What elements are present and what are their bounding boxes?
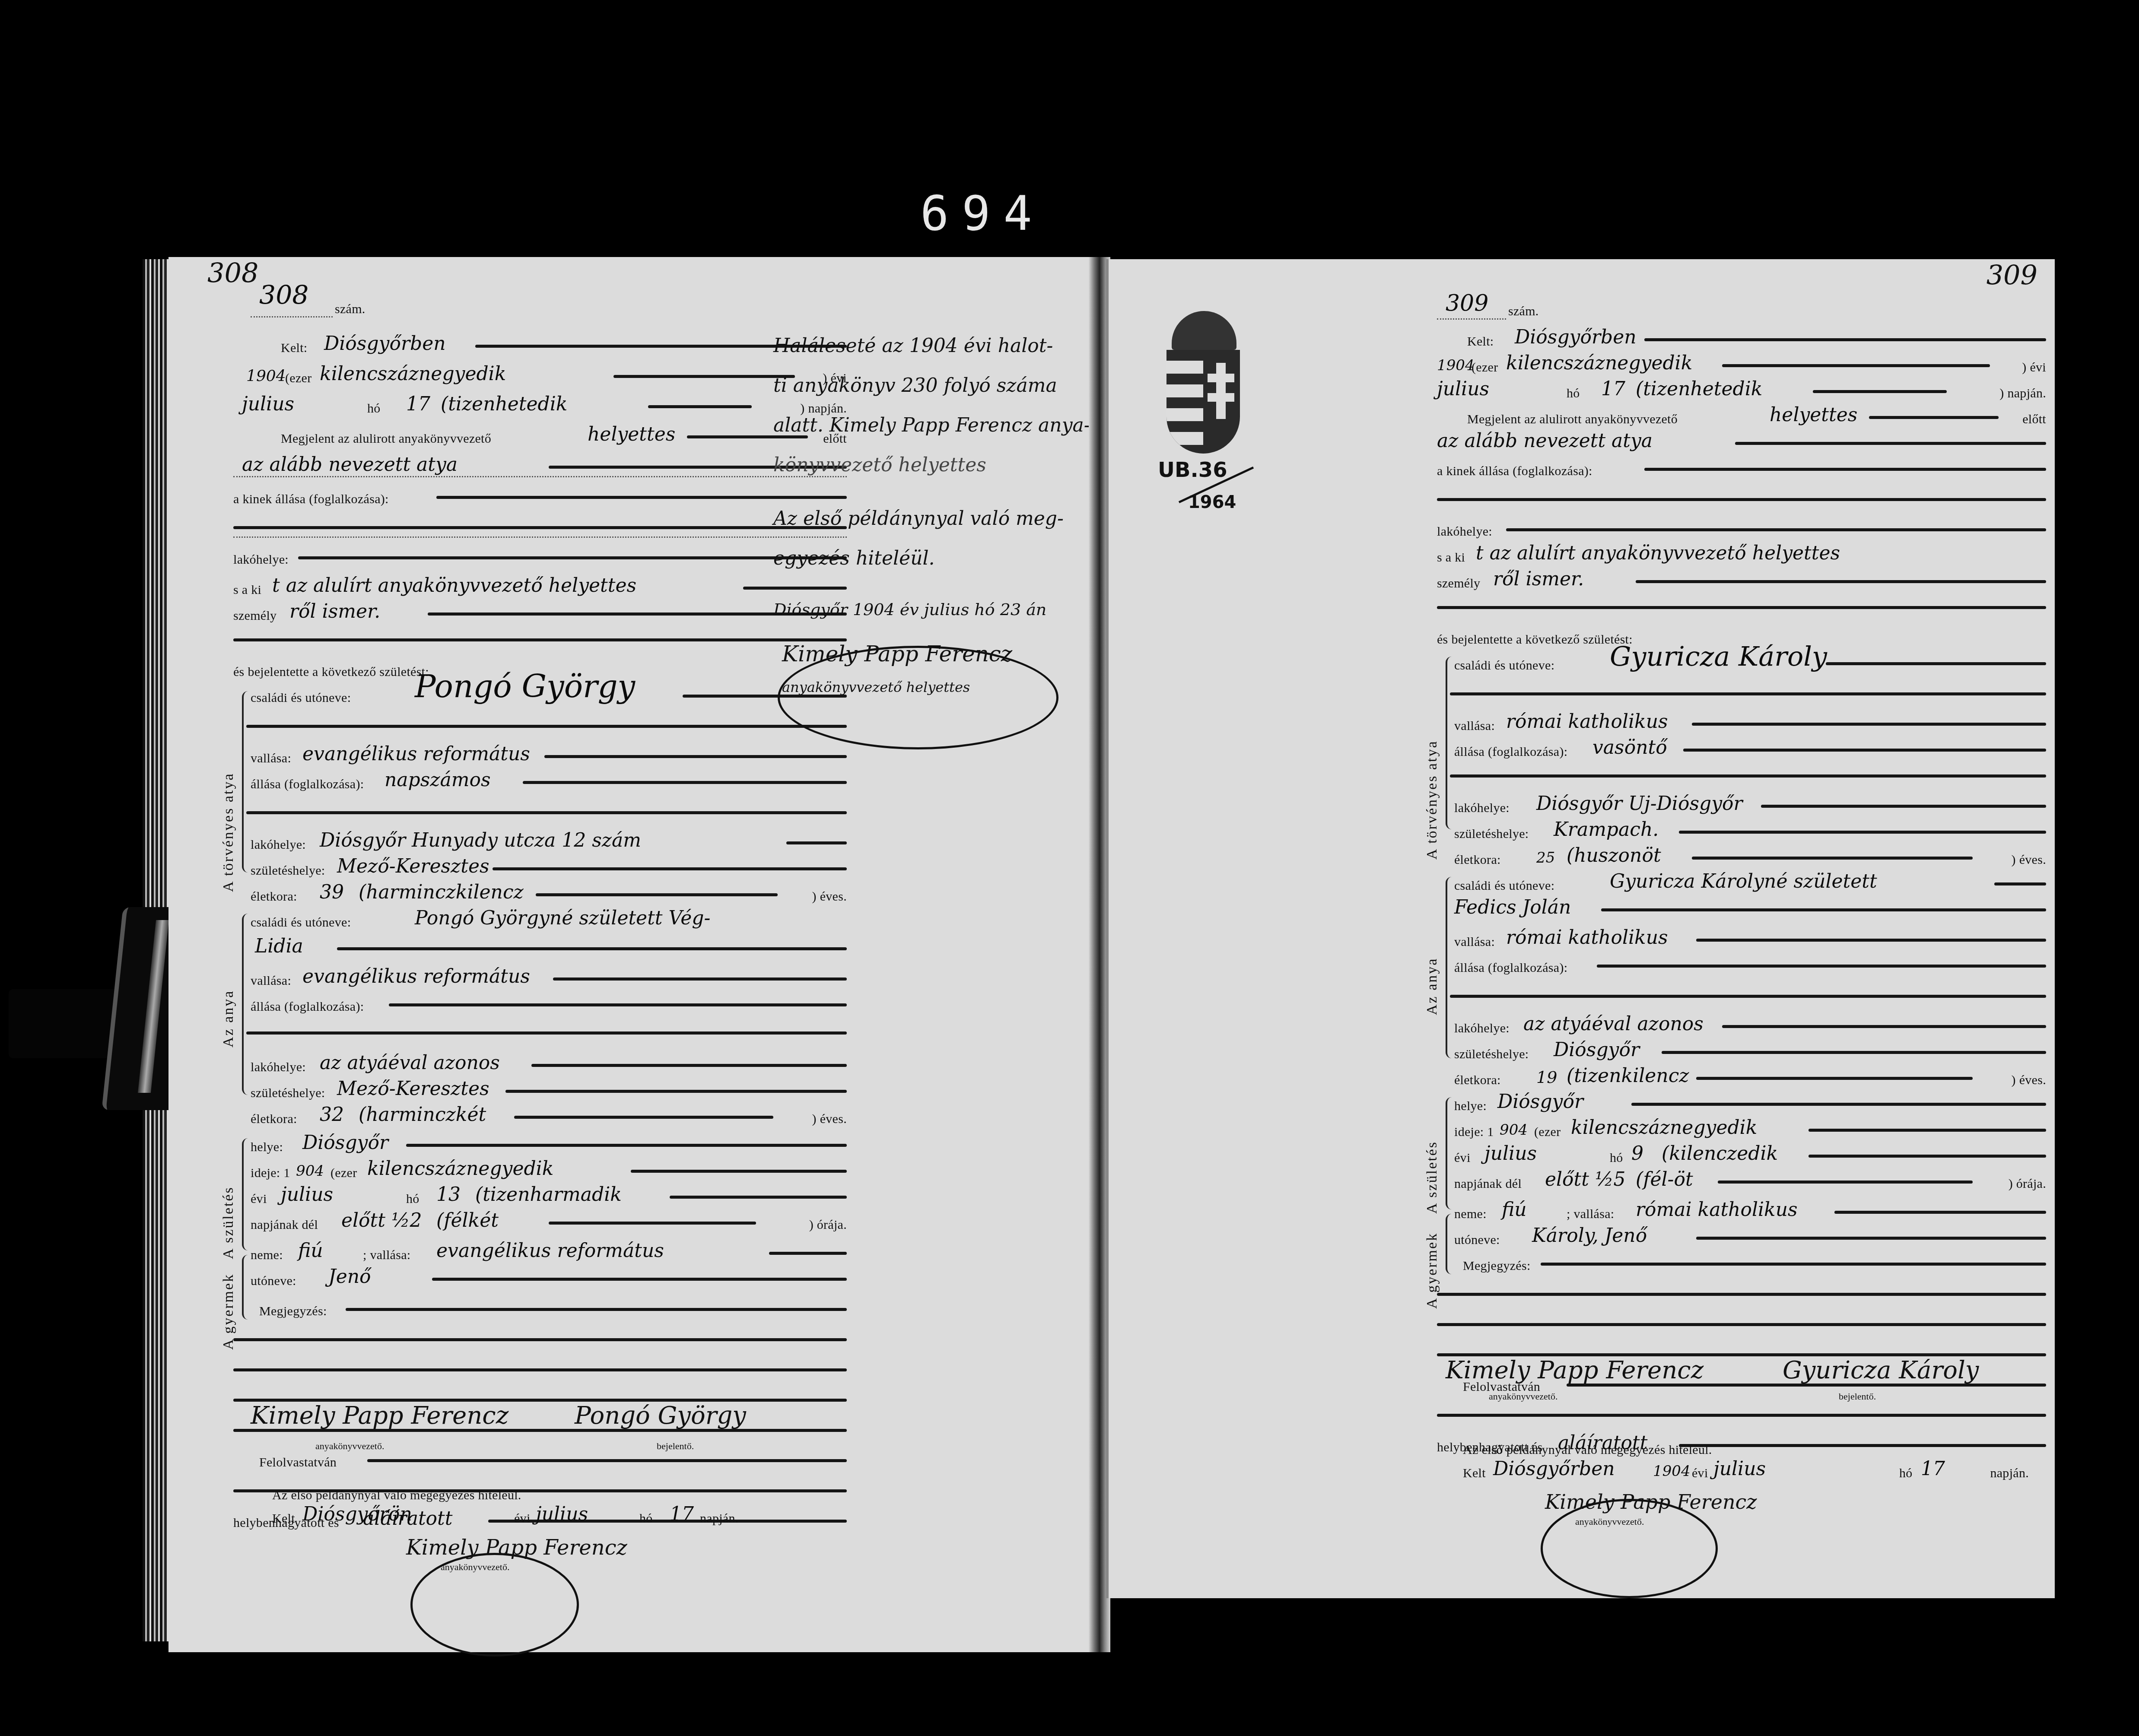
year-row: 1904 (ezer kilencszáznegyedik ) évi <box>1437 354 2046 380</box>
bejelentette-label: és bejelentette a következő születést: <box>1437 632 1633 647</box>
sakit-value: t az alulírt anyakönyvvezető helyettes <box>272 574 636 597</box>
mother-age-words: (harminczkét <box>359 1104 486 1126</box>
mother-religion: római katholikus <box>1506 927 1668 949</box>
mother-occupation-row: állása (foglalkozása): <box>1437 955 2046 981</box>
mother-age: 32 <box>320 1104 344 1126</box>
fill-rule <box>1644 468 2046 471</box>
szemely-value: ről ismer. <box>1493 568 1584 590</box>
kelt-row: Kelt: Diósgyőrben <box>233 335 847 361</box>
cert-month: julius <box>1713 1458 1766 1480</box>
fill-rule <box>1450 692 2046 695</box>
archive-ref-line2: 1964 <box>1188 492 1236 512</box>
kinek-allasa-row: a kinek állása (foglalkozása): <box>1437 458 2046 484</box>
szam-label: szám. <box>1508 304 1539 319</box>
fill-rule <box>233 1338 847 1341</box>
month-day-row: julius hó 17 (tizenhetedik ) napján. <box>233 395 847 421</box>
eves-label: ) éves. <box>812 889 847 904</box>
mother-birthplace-row: születéshelye: Mező-Keresztes <box>233 1080 847 1106</box>
fill-rule <box>769 1252 847 1255</box>
fill-rule <box>1826 662 2046 665</box>
napjanak-label: napjának dél <box>1454 1177 1522 1191</box>
blank-row <box>233 801 847 827</box>
mother-name-line1: Pongó Györgyné született Vég- <box>415 907 710 929</box>
mother-religion-label: vallása: <box>251 974 291 988</box>
fill-rule <box>246 725 847 728</box>
fill-rule <box>1437 606 2046 609</box>
father-age-row: életkora: 25 (huszonöt ) éves. <box>1437 847 2046 873</box>
birth-day: 13 <box>436 1184 461 1206</box>
ho-label: hó <box>406 1192 420 1206</box>
mother-name-line1: Gyuricza Károlyné született <box>1610 870 1877 892</box>
napjanak-label: napjának dél <box>251 1218 318 1232</box>
child-given-name-label: utóneve: <box>251 1274 296 1289</box>
mother-religion: evangélikus református <box>302 965 530 987</box>
mother-name-line2: Fedics Jolán <box>1454 896 1571 918</box>
fill-rule <box>1636 580 2046 583</box>
father-age-row: életkora: 39 (harminczkilencz ) éves. <box>233 883 847 909</box>
margin-seal-stamp <box>778 646 1058 749</box>
kelt-label: Kelt: <box>281 341 308 355</box>
szemely-value: ről ismer. <box>289 600 380 622</box>
birth-day: 9 <box>1631 1143 1643 1165</box>
birth-hour: előtt ½2 <box>341 1209 422 1231</box>
fill-rule <box>346 1308 847 1311</box>
fill-rule <box>1506 528 2046 531</box>
ho-label: hó <box>1610 1151 1623 1165</box>
ezer-label: (ezer <box>331 1166 357 1181</box>
fill-rule <box>1692 723 2046 726</box>
kinek-allasa-label: a kinek állása (foglalkozása): <box>233 492 389 507</box>
registrar-caption: anyakönyvvezető. <box>315 1441 384 1452</box>
microfilm-frame-number: 694 <box>920 186 1045 241</box>
fill-rule <box>1437 498 2046 501</box>
birth-time-label: ideje: 1 <box>251 1166 290 1181</box>
fill-rule <box>1696 1237 2046 1240</box>
mother-name-line2: Lidia <box>255 935 303 957</box>
year-words: kilencszáznegyedik <box>320 363 506 385</box>
father-residence-label: lakóhelye: <box>251 838 306 852</box>
fill-rule <box>1696 1077 1973 1080</box>
cert-ho-label: hó <box>1899 1466 1913 1481</box>
cert-evi-label: évi <box>514 1511 531 1526</box>
kelt-row: Kelt: Diósgyőrben <box>1437 328 2046 354</box>
cert-kelt-row: Kelt Diósgyőrben 1904 évi julius hó 17 n… <box>1463 1460 2029 1486</box>
child-given-name-row: utóneve: Jenő <box>233 1268 847 1294</box>
birth-month: julius <box>281 1184 333 1206</box>
fill-rule <box>1808 1129 2046 1132</box>
father-residence-row: lakóhelye: Diósgyőr Uj-Diósgyőr <box>1437 795 2046 821</box>
entry-number-row: 308 szám. <box>233 296 847 322</box>
margin-note-line: ti anyakönyv 230 folyó száma <box>773 366 1057 406</box>
ho-label: hó <box>367 401 381 416</box>
fill-rule <box>1834 1211 2046 1214</box>
fill-rule <box>1683 749 2046 752</box>
father-name: Gyuricza Károly <box>1610 641 1827 672</box>
dotted-line <box>251 316 333 317</box>
eves-label: ) éves. <box>812 1112 847 1127</box>
szemely-label: személy <box>1437 576 1480 591</box>
fill-rule <box>1869 416 1999 419</box>
fill-rule <box>1437 1353 2046 1356</box>
blank-row <box>1437 488 2046 514</box>
cert-day: 17 <box>1921 1458 1945 1480</box>
megjelent-value: helyettes <box>588 423 675 445</box>
birth-year-row: ideje: 1 904 (ezer kilencszáznegyedik <box>233 1160 847 1186</box>
birth-day-words: (tizenharmadik <box>475 1184 622 1206</box>
birth-year-digits: 904 <box>296 1162 324 1180</box>
informant-signature: Pongó György <box>575 1402 746 1430</box>
fill-rule <box>233 1399 847 1402</box>
fill-rule <box>514 1116 773 1119</box>
megjegyzes-label: Megjegyzés: <box>259 1304 327 1319</box>
birth-month-row: évi julius hó 13 (tizenharmadik <box>233 1186 847 1212</box>
mother-name-label: családi és utóneve: <box>1454 879 1554 893</box>
shield-icon <box>1166 350 1240 454</box>
birth-year-row: ideje: 1 904 (ezer kilencszáznegyedik <box>1437 1119 2046 1145</box>
father-age-label: életkora: <box>1454 853 1501 867</box>
registrar-signature: Kimely Papp Ferencz <box>1446 1356 1704 1384</box>
child-given-name: Jenő <box>328 1266 371 1288</box>
lakohelye-label: lakóhelye: <box>233 552 289 567</box>
margin-note-line: Az első példánynyal való meg- <box>773 499 1064 539</box>
entry-number: 309 <box>1446 290 1488 316</box>
appeared-person: az alább nevezett atya <box>1437 430 1653 452</box>
megjelent-row: Megjelent az alulirott anyakönyvvezető h… <box>1437 406 2046 432</box>
cert-kelt-row: Kelt Diósgyőrön évi julius hó 17 napján. <box>272 1505 929 1531</box>
fill-rule <box>670 1196 847 1199</box>
mother-occupation-label: állása (foglalkozása): <box>251 1000 364 1014</box>
birth-year-words: kilencszáznegyedik <box>1571 1117 1757 1139</box>
fill-rule <box>1541 1263 2046 1266</box>
birth-day-words: (kilenczedik <box>1662 1143 1778 1165</box>
kinek-allasa-label: a kinek állása (foglalkozása): <box>1437 464 1592 479</box>
year-words: kilencszáznegyedik <box>1506 352 1692 374</box>
father-birthplace: Mező-Keresztes <box>337 855 489 877</box>
birth-hour: előtt ½5 <box>1545 1168 1626 1190</box>
father-religion: római katholikus <box>1506 711 1668 733</box>
child-religion: római katholikus <box>1636 1199 1798 1221</box>
child-sex-label: neme: <box>1454 1207 1487 1222</box>
birth-place-label: helye: <box>1454 1099 1487 1114</box>
blank-row <box>1437 1404 2046 1430</box>
birth-month: julius <box>1484 1143 1537 1165</box>
archive-ref-line1: UB.36 <box>1158 458 1227 482</box>
month: julius <box>1437 378 1489 400</box>
child-sex-row: neme: fiú ; vallása: római katholikus <box>1437 1201 2046 1227</box>
mother-age-row: életkora: 19 (tizenkilencz ) éves. <box>1437 1067 2046 1093</box>
dotted-line <box>233 536 847 538</box>
ezer-label: (ezer <box>1472 360 1498 375</box>
fill-rule <box>549 1222 756 1225</box>
fill-rule <box>743 587 847 590</box>
mother-residence-row: lakóhelye: az atyáéval azonos <box>1437 1015 2046 1041</box>
fill-rule <box>233 526 847 529</box>
hungarian-coat-of-arms-icon <box>1166 311 1244 454</box>
fill-rule <box>553 977 847 981</box>
kelt-place: Diósgyőrben <box>1515 326 1637 348</box>
mother-age-words: (tizenkilencz <box>1567 1065 1689 1087</box>
mother-name-row: családi és utóneve: Gyuricza Károlyné sz… <box>1437 873 2046 898</box>
year-prefix: 1904 <box>1437 357 1475 374</box>
ho-label: hó <box>1567 386 1580 401</box>
mother-name-label: családi és utóneve: <box>251 915 351 930</box>
appeared-person-row: az alább nevezett atya <box>1437 432 2046 458</box>
mother-birthplace-row: születéshelye: Diósgyőr <box>1437 1041 2046 1067</box>
fill-rule <box>1450 774 2046 778</box>
kelt-label: Kelt: <box>1467 334 1494 349</box>
evi-label: évi <box>1454 1151 1471 1165</box>
mother-occupation-label: állása (foglalkozása): <box>1454 961 1567 975</box>
cert-napjan-label: napján. <box>1990 1466 2029 1481</box>
eves-label: ) éves. <box>2012 1073 2046 1088</box>
child-sex: fiú <box>298 1240 323 1262</box>
father-occupation: vasöntő <box>1592 736 1667 759</box>
father-religion-label: vallása: <box>251 751 291 766</box>
birth-place: Diósgyőr <box>1497 1091 1583 1113</box>
blank-row <box>233 1358 847 1384</box>
megjelent-value: helyettes <box>1770 404 1857 426</box>
year-prefix: 1904 <box>246 367 286 385</box>
informant-caption: bejelentő. <box>657 1441 694 1452</box>
fill-rule <box>536 893 778 896</box>
birth-year-words: kilencszáznegyedik <box>367 1158 553 1180</box>
birth-place-row: helye: Diósgyőr <box>233 1134 847 1160</box>
entry-number-row: 309 szám. <box>1437 298 2046 324</box>
father-name-label: családi és utóneve: <box>1454 658 1554 673</box>
lakohelye-row: lakóhelye: <box>1437 518 2046 544</box>
mother-birthplace-label: születéshelye: <box>251 1086 325 1101</box>
blank-row <box>1437 596 2046 622</box>
margin-note-line: Diósgyőr 1904 év julius hó 23 án <box>773 590 1046 629</box>
child-sex-row: neme: fiú ; vallása: evangélikus reformá… <box>233 1242 847 1268</box>
elott-label: előtt <box>2022 412 2046 427</box>
fill-rule <box>246 811 847 814</box>
fill-rule <box>648 405 752 408</box>
margin-note-line: egyezés hiteléül. <box>773 539 935 578</box>
szemely-row: személy ről ismer. <box>1437 570 2046 596</box>
fill-rule <box>1692 857 1973 860</box>
birth-place: Diósgyőr <box>302 1132 388 1154</box>
mother-religion-row: vallása: római katholikus <box>1437 929 2046 955</box>
day-words: (tizenhetedik <box>441 393 567 415</box>
fill-rule <box>531 1064 847 1067</box>
birth-place-label: helye: <box>251 1140 283 1155</box>
sakit-row: s a ki t az alulírt anyakönyvvezető hely… <box>233 577 847 603</box>
father-age: 39 <box>320 881 344 903</box>
entry-number: 308 <box>259 280 309 311</box>
mother-age-label: életkora: <box>251 1112 297 1127</box>
margin-note-line: Haláleseté az 1904 évi halot- <box>773 326 1053 366</box>
father-religion-row: vallása: római katholikus <box>1437 713 2046 739</box>
fill-rule <box>1679 1444 2046 1447</box>
kinek-allasa-row: a kinek állása (foglalkozása): <box>233 486 847 512</box>
blank-row <box>1437 985 2046 1011</box>
fill-rule <box>613 375 795 378</box>
blank-row <box>1437 765 2046 790</box>
fill-rule <box>436 496 847 499</box>
eves-label: ) éves. <box>2012 853 2046 867</box>
father-residence: Diósgyőr Hunyady utcza 12 szám <box>320 829 641 851</box>
birth-place-row: helye: Diósgyőr <box>1437 1093 2046 1119</box>
archive-reference-note: UB.36 1964 <box>1158 458 1227 482</box>
father-birthplace-row: születéshelye: Krampach. <box>1437 821 2046 847</box>
father-name: Pongó György <box>415 668 635 705</box>
father-age: 25 <box>1536 849 1555 866</box>
ezer-label: (ezer <box>285 371 311 386</box>
fill-rule <box>1601 908 2046 911</box>
sakit-label: s a ki <box>1437 550 1465 565</box>
mother-occupation-row: állása (foglalkozása): <box>233 993 847 1019</box>
year-row: 1904 (ezer kilencszáznegyedik ) évi <box>233 365 847 391</box>
margin-note-line: könyvvezető helyettes <box>773 445 986 485</box>
child-given-name: Károly, Jenő <box>1532 1225 1647 1247</box>
fill-rule <box>1718 1181 1973 1184</box>
blank-row <box>1437 1283 2046 1309</box>
fill-rule <box>1437 1323 2046 1326</box>
fill-rule <box>1722 1025 2046 1028</box>
father-age-words: (huszonöt <box>1567 844 1661 866</box>
margin-note-line: alatt. Kimely Papp Ferencz anya- <box>773 406 1090 445</box>
father-occupation-label: állása (foglalkozása): <box>251 777 364 792</box>
father-birthplace: Krampach. <box>1554 819 1659 841</box>
megjelent-label: Megjelent az alulirott anyakönyvvezető <box>281 432 491 446</box>
birth-time-label: ideje: 1 <box>1454 1125 1494 1139</box>
left-register-page: 308 308 szám. Kelt: Diósgyőrben 1904 (ez… <box>168 257 1093 1652</box>
father-age-label: életkora: <box>251 889 297 904</box>
fill-rule <box>389 1003 847 1006</box>
child-sex-label: neme: <box>251 1248 283 1263</box>
fill-rule <box>1631 1103 2046 1106</box>
father-name-row: családi és utóneve: Gyuricza Károly <box>1437 652 2046 678</box>
megjelent-label: Megjelent az alulirott anyakönyvvezető <box>1467 412 1678 427</box>
father-name-label: családi és utóneve: <box>251 691 351 705</box>
cert-napjan-label: napján. <box>700 1511 739 1526</box>
fill-rule <box>1735 442 2046 445</box>
registrar-caption: anyakönyvvezető. <box>1489 1391 1557 1402</box>
fill-rule <box>1437 1293 2046 1296</box>
blank-row <box>233 1328 847 1354</box>
mother-religion-label: vallása: <box>1454 935 1495 949</box>
lakohelye-row: lakóhelye: <box>233 546 847 572</box>
mother-religion-row: vallása: evangélikus református <box>233 968 847 993</box>
fill-rule <box>233 1368 847 1371</box>
ezer-label: (ezer <box>1534 1125 1561 1139</box>
month: julius <box>242 393 294 415</box>
mother-name-row-2: Fedics Jolán <box>1437 898 2046 924</box>
father-occupation-row: állása (foglalkozása): napszámos <box>233 771 847 797</box>
fill-rule <box>1994 882 2046 885</box>
fill-rule <box>1696 939 2046 942</box>
blank-row <box>1437 682 2046 708</box>
day-words: (tizenhetedik <box>1636 378 1762 400</box>
mother-age-row: életkora: 32 (harminczkét ) éves. <box>233 1106 847 1132</box>
megjegyzes-row: Megjegyzés: <box>233 1298 847 1324</box>
father-religion-row: vallása: evangélikus református <box>233 745 847 771</box>
cert-day: 17 <box>670 1503 694 1525</box>
fill-rule <box>406 1144 847 1147</box>
cert-month: julius <box>536 1503 588 1525</box>
mother-birthplace: Mező-Keresztes <box>337 1078 489 1100</box>
megjegyzes-label: Megjegyzés: <box>1463 1259 1531 1273</box>
fill-rule <box>298 556 847 559</box>
megjegyzes-row: Megjegyzés: <box>1437 1253 2046 1279</box>
cert-year: 1904 <box>1653 1463 1691 1480</box>
fill-rule <box>493 867 847 870</box>
szemely-label: személy <box>233 609 277 623</box>
right-register-page: 309 309 szám. Kelt: Diósgyőrben 1904 (ez… <box>1106 259 2055 1598</box>
felolvastatvan-row: Felolvastatván <box>233 1449 847 1475</box>
fill-rule <box>1450 995 2046 998</box>
appeared-person: az alább nevezett atya <box>242 454 458 476</box>
informant-caption: bejelentő. <box>1839 1391 1876 1402</box>
fill-rule <box>367 1459 847 1462</box>
mother-residence-row: lakóhelye: az atyáéval azonos <box>233 1054 847 1080</box>
fill-rule <box>523 781 847 784</box>
fill-rule <box>1813 390 1947 393</box>
day: 17 <box>1601 378 1625 400</box>
dotted-line <box>1437 318 1506 320</box>
fill-rule <box>337 947 847 950</box>
sakit-value: t az alulírt anyakönyvvezető helyettes <box>1476 542 1840 564</box>
birth-hour-words: (fél-öt <box>1636 1168 1693 1190</box>
szemely-row: személy ről ismer. <box>233 603 847 628</box>
cert-ho-label: hó <box>639 1511 653 1526</box>
fill-rule <box>631 1170 847 1173</box>
father-occupation-label: állása (foglalkozása): <box>1454 745 1567 759</box>
lakohelye-label: lakóhelye: <box>1437 524 1492 539</box>
fill-rule <box>1437 1414 2046 1417</box>
blank-row <box>233 516 847 542</box>
father-age-words: (harminczkilencz <box>359 881 524 903</box>
fill-rule <box>505 1090 847 1093</box>
mother-residence-label: lakóhelye: <box>251 1060 306 1075</box>
child-religion: evangélikus református <box>436 1240 664 1262</box>
felolvastatvan-label: Felolvastatván <box>259 1455 337 1470</box>
fill-rule <box>1597 965 2046 968</box>
mother-name-row-2: Lidia <box>233 937 847 963</box>
informant-signature: Gyuricza Károly <box>1783 1356 1979 1384</box>
birth-year-digits: 904 <box>1500 1121 1528 1139</box>
father-occupation: napszámos <box>385 769 491 791</box>
fill-rule <box>1761 805 2046 808</box>
child-given-name-row: utóneve: Károly, Jenő <box>1437 1227 2046 1253</box>
father-birthplace-row: születéshelye: Mező-Keresztes <box>233 857 847 883</box>
oraja-label: ) órája. <box>809 1218 847 1232</box>
child-given-name-label: utóneve: <box>1454 1233 1500 1247</box>
father-residence-row: lakóhelye: Diósgyőr Hunyady utcza 12 szá… <box>233 832 847 857</box>
kelt-place: Diósgyőrben <box>324 333 446 355</box>
fill-rule <box>246 1031 847 1035</box>
blank-row <box>233 715 847 741</box>
fill-rule <box>233 638 847 641</box>
day: 17 <box>406 393 430 415</box>
father-name-row: családi és utóneve: Pongó György <box>233 685 847 711</box>
evi-label: évi <box>251 1192 267 1206</box>
megjelent-row: Megjelent az alulirott anyakönyvvezető h… <box>233 425 847 451</box>
father-religion: evangélikus református <box>302 743 530 765</box>
mother-birthplace-label: születéshelye: <box>1454 1047 1529 1062</box>
mother-name-row: családi és utóneve: Pongó Györgyné szüle… <box>233 909 847 935</box>
sakit-label: s a ki <box>233 583 261 597</box>
fill-rule <box>544 755 847 758</box>
mother-birthplace: Diósgyőr <box>1554 1039 1640 1061</box>
birth-hour-words: (félkét <box>436 1209 499 1231</box>
blank-row <box>1437 1313 2046 1339</box>
month-day-row: julius hó 17 (tizenhetedik ) napján. <box>1437 380 2046 406</box>
mother-residence-label: lakóhelye: <box>1454 1021 1510 1036</box>
fill-rule <box>1808 1155 2046 1158</box>
fill-rule <box>432 1278 847 1281</box>
